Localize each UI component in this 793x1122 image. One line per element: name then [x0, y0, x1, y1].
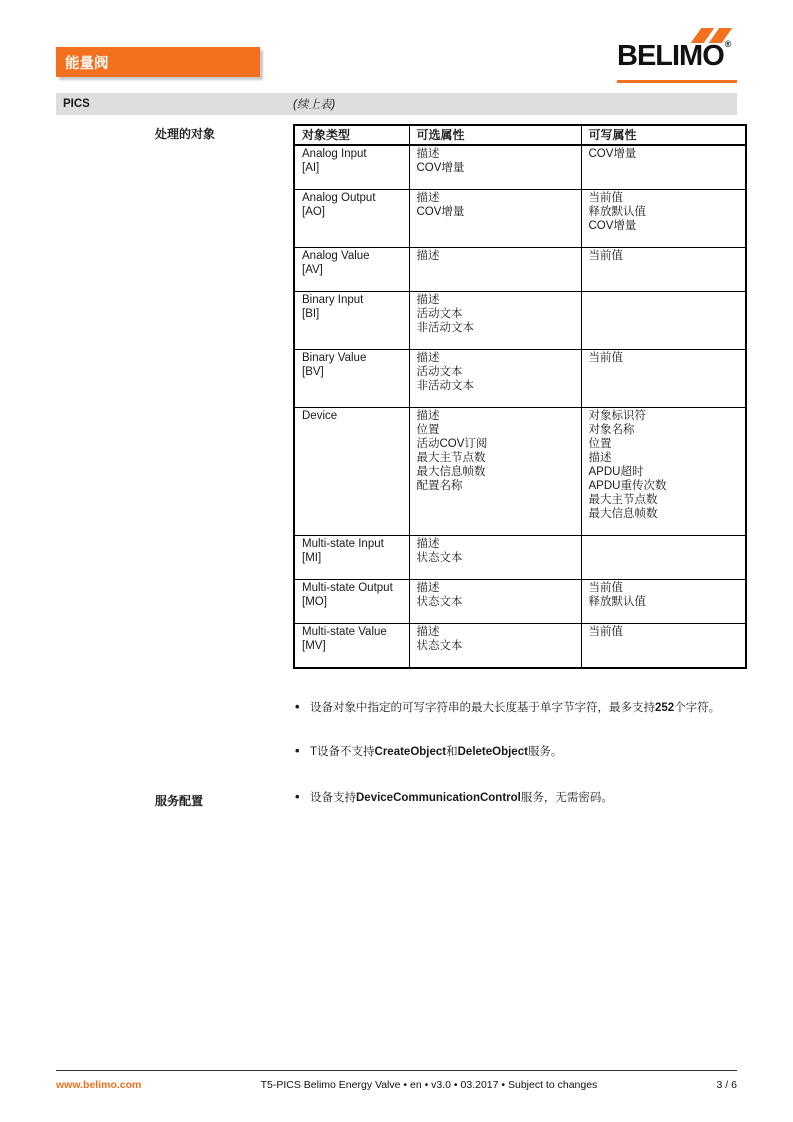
logo-underline — [617, 80, 737, 83]
col-header-writable: 可写属性 — [581, 125, 746, 145]
logo-wordmark: BELIMO® — [617, 42, 729, 71]
col-header-object-type: 对象类型 — [294, 125, 409, 145]
table-row: Binary Input[BI]描述活动文本非活动文本 — [294, 292, 746, 350]
processed-objects-section: 处理的对象 对象类型 可选属性 可写属性 Analog Input[AI]描述C… — [0, 124, 793, 669]
table-header-row: 对象类型 可选属性 可写属性 — [294, 125, 746, 145]
table-row: Analog Output[AO]描述COV增量当前值释放默认值COV增量 — [294, 190, 746, 248]
bullet-item: 设备对象中指定的可写字符串的最大长度基于单字节字符，最多支持252个字符。 — [293, 701, 745, 715]
belimo-website-link[interactable]: www.belimo.com — [56, 1079, 141, 1091]
table-row: Multi-state Output[MO]描述状态文本当前值释放默认值 — [294, 580, 746, 624]
services-section-label: 服务配置 — [56, 791, 293, 809]
pics-objects-table: 对象类型 可选属性 可写属性 Analog Input[AI]描述COV增量CO… — [293, 124, 747, 669]
section-bar-pics: PICS (续上表) — [56, 93, 737, 115]
registered-mark: ® — [725, 39, 731, 49]
document-page: 能量阀 BELIMO® PICS (续上表) 处理的对象 对象类型 可选属性 — [0, 0, 793, 1122]
table-row: Multi-state Value[MV]描述状态文本当前值 — [294, 624, 746, 669]
document-info: T5-PICS Belimo Energy Valve • en • v3.0 … — [261, 1079, 598, 1091]
table-row: Binary Value[BV]描述活动文本非活动文本当前值 — [294, 350, 746, 408]
belimo-logo: BELIMO® — [617, 28, 737, 83]
table-row: Analog Input[AI]描述COV增量COV增量 — [294, 145, 746, 190]
pics-table-body: Analog Input[AI]描述COV增量COV增量Analog Outpu… — [294, 145, 746, 668]
pics-label: PICS — [56, 98, 90, 110]
objects-section-label: 处理的对象 — [56, 124, 293, 669]
table-row: Analog Value[AV]描述当前值 — [294, 248, 746, 292]
col-header-optional: 可选属性 — [409, 125, 581, 145]
page-title: 能量阀 — [65, 52, 109, 73]
table-row: Device描述位置活动COV订阅最大主节点数最大信息帧数配置名称对象标识符对象… — [294, 408, 746, 536]
bullet-item: 设备支持DeviceCommunicationControl服务，无需密码。 — [293, 791, 745, 809]
page-number: 3 / 6 — [717, 1079, 737, 1091]
note-row: T设备不支持CreateObject和DeleteObject服务。 — [0, 745, 793, 759]
continued-note: (续上表) — [293, 96, 335, 112]
page-footer: www.belimo.com T5-PICS Belimo Energy Val… — [56, 1070, 737, 1091]
services-section: 服务配置 设备支持DeviceCommunicationControl服务，无需… — [0, 791, 793, 809]
page-title-banner: 能量阀 — [56, 47, 260, 77]
page-header: 能量阀 BELIMO® — [0, 0, 793, 83]
bullet-item: T设备不支持CreateObject和DeleteObject服务。 — [293, 745, 745, 759]
note-row: 设备对象中指定的可写字符串的最大长度基于单字节字符，最多支持252个字符。 — [0, 701, 793, 715]
table-row: Multi-state Input[MI]描述状态文本 — [294, 536, 746, 580]
